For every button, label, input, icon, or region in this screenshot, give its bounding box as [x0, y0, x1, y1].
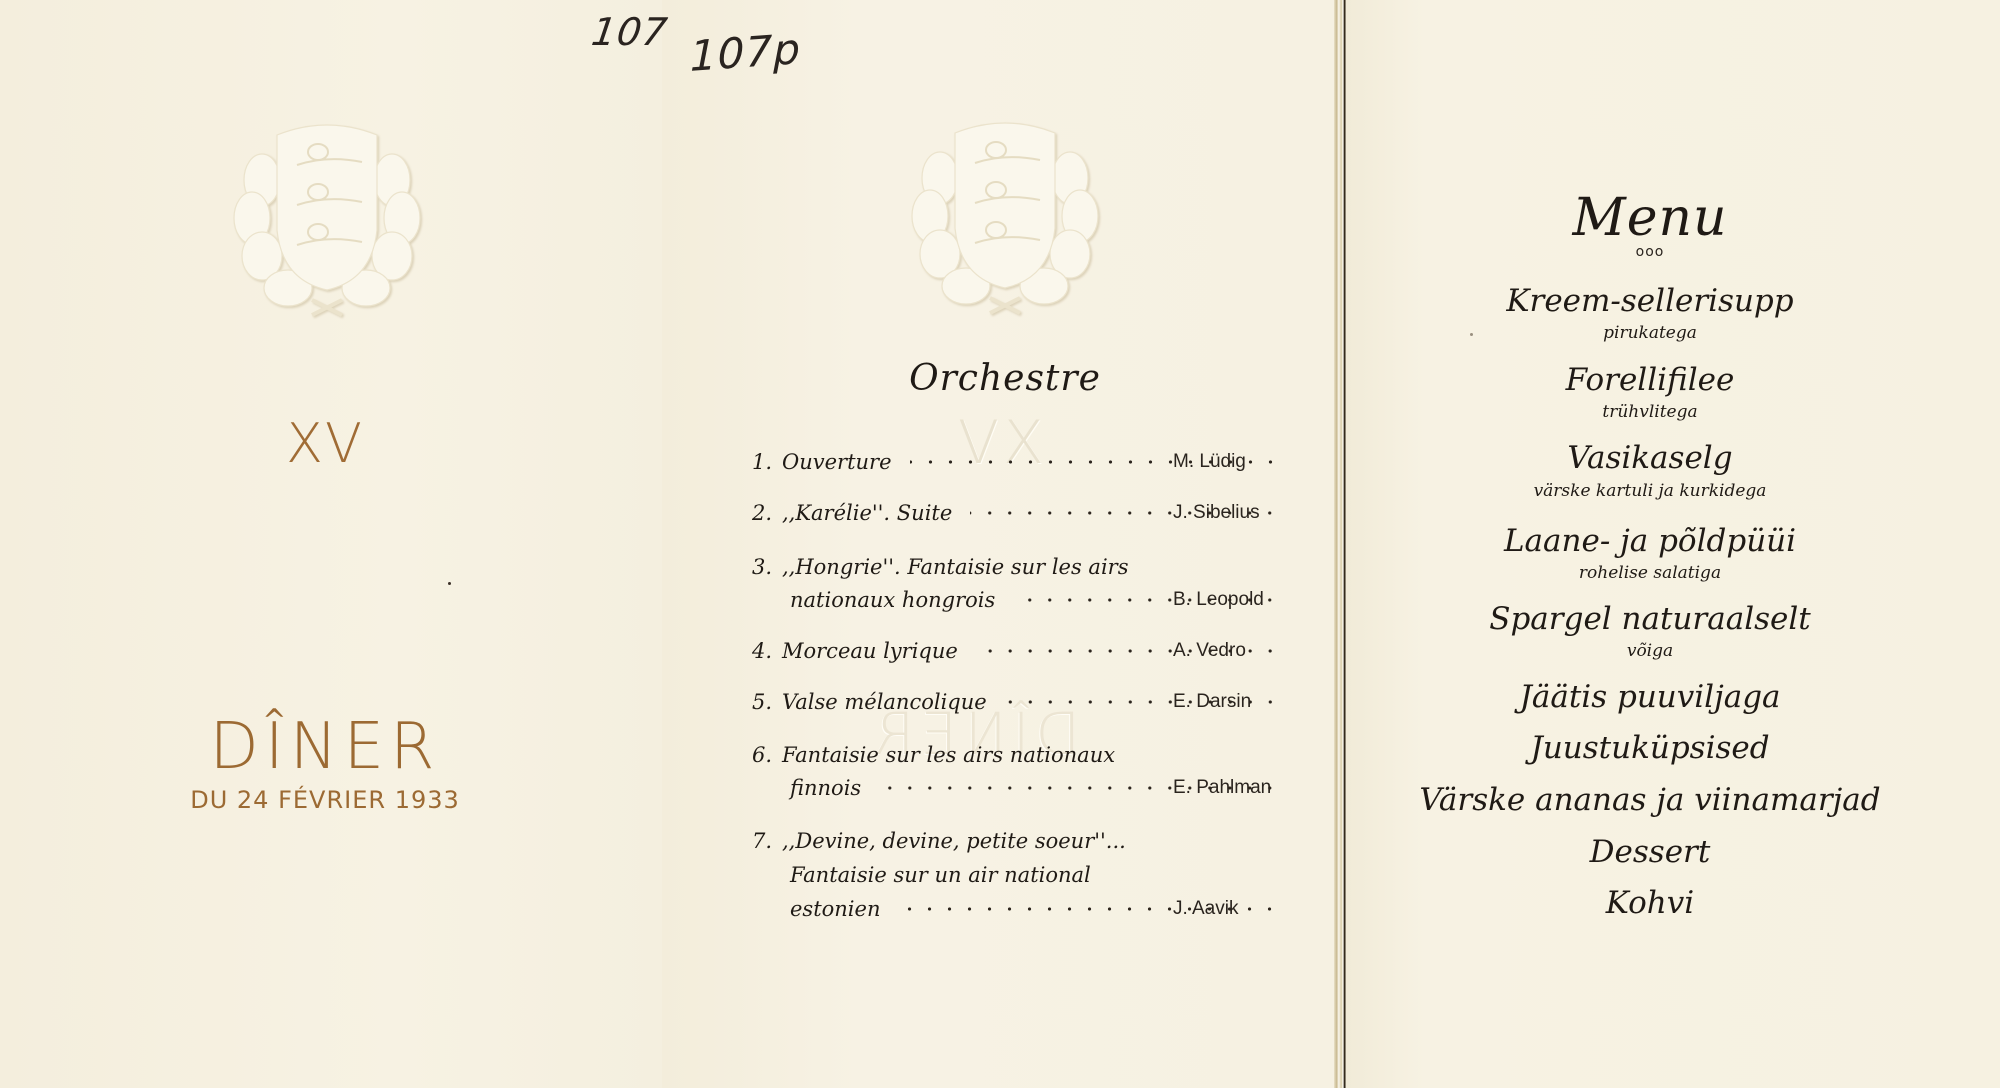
composer: E. Darsin	[1173, 691, 1251, 713]
menu-course: Juustuküpsised	[1360, 730, 1940, 766]
speck	[448, 582, 451, 585]
composer: J. Aavik	[1173, 898, 1238, 920]
menu-course: Spargel naturaalselt	[1360, 601, 1940, 637]
edition-number: XV	[225, 412, 425, 475]
composer: J. Sibelius	[1173, 502, 1260, 524]
menu-course: Kohvi	[1360, 885, 1940, 921]
menu-course-accompaniment: rohelise salatiga	[1360, 563, 1940, 583]
menu-course: Dessert	[1360, 834, 1940, 870]
composer: M. Lüdig	[1173, 451, 1246, 473]
menu-course: Forellifilee	[1360, 362, 1940, 398]
archive-mark: 107	[589, 10, 671, 54]
menu-title: Menu	[1500, 188, 1800, 248]
cover-date: DU 24 FÉVRIER 1933	[150, 786, 500, 814]
menu-course: Vasikaselg	[1360, 440, 1940, 476]
orchestra-title: Orchestre	[870, 358, 1140, 399]
program-item: 3. ,,Hongrie''. Fantaisie sur les airs	[752, 552, 1292, 582]
program-item-continuation: estonien J. Aavik	[752, 894, 1292, 924]
menu-course: Värske ananas ja viinamarjad	[1360, 782, 1940, 818]
menu-separator: ooo	[1600, 244, 1700, 260]
program-item: 6. Fantaisie sur les airs nationaux	[752, 740, 1292, 770]
cover-title: DÎNER	[150, 710, 500, 784]
coat-of-arms-icon	[222, 100, 432, 320]
program-item: 5. Valse mélancolique E. Darsin	[752, 687, 1292, 717]
menu-course: Kreem-sellerisupp	[1360, 283, 1940, 319]
menu-course-accompaniment: võiga	[1360, 641, 1940, 661]
menu-course-accompaniment: pirukatega	[1360, 323, 1940, 343]
program-item: 7. ,,Devine, devine, petite soeur''...	[752, 826, 1292, 856]
program-item-continuation: finnois E. Pahlman	[752, 773, 1292, 803]
program-item: 1. Ouverture M. Lüdig	[752, 447, 1292, 477]
program-item-continuation: Fantaisie sur un air national	[752, 860, 1292, 890]
menu-course-accompaniment: trühvlitega	[1360, 402, 1940, 422]
menu-course: Laane- ja põldpüüi	[1360, 523, 1940, 559]
program-item: 2. ,,Karélie''. Suite J. Sibelius	[752, 498, 1292, 528]
archive-mark: 107p	[690, 24, 801, 81]
composer: B. Leopold	[1173, 589, 1264, 611]
composer: E. Pahlman	[1173, 777, 1271, 799]
fold-crease	[1334, 0, 1346, 1088]
coat-of-arms-icon	[900, 98, 1110, 318]
menu-course-accompaniment: värske kartuli ja kurkidega	[1360, 481, 1940, 501]
composer: A. Vedro	[1173, 640, 1246, 662]
menu-course: Jäätis puuviljaga	[1360, 679, 1940, 715]
program-item: 4. Morceau lyrique A. Vedro	[752, 636, 1292, 666]
program-item-continuation: nationaux hongrois B. Leopold	[752, 585, 1292, 615]
